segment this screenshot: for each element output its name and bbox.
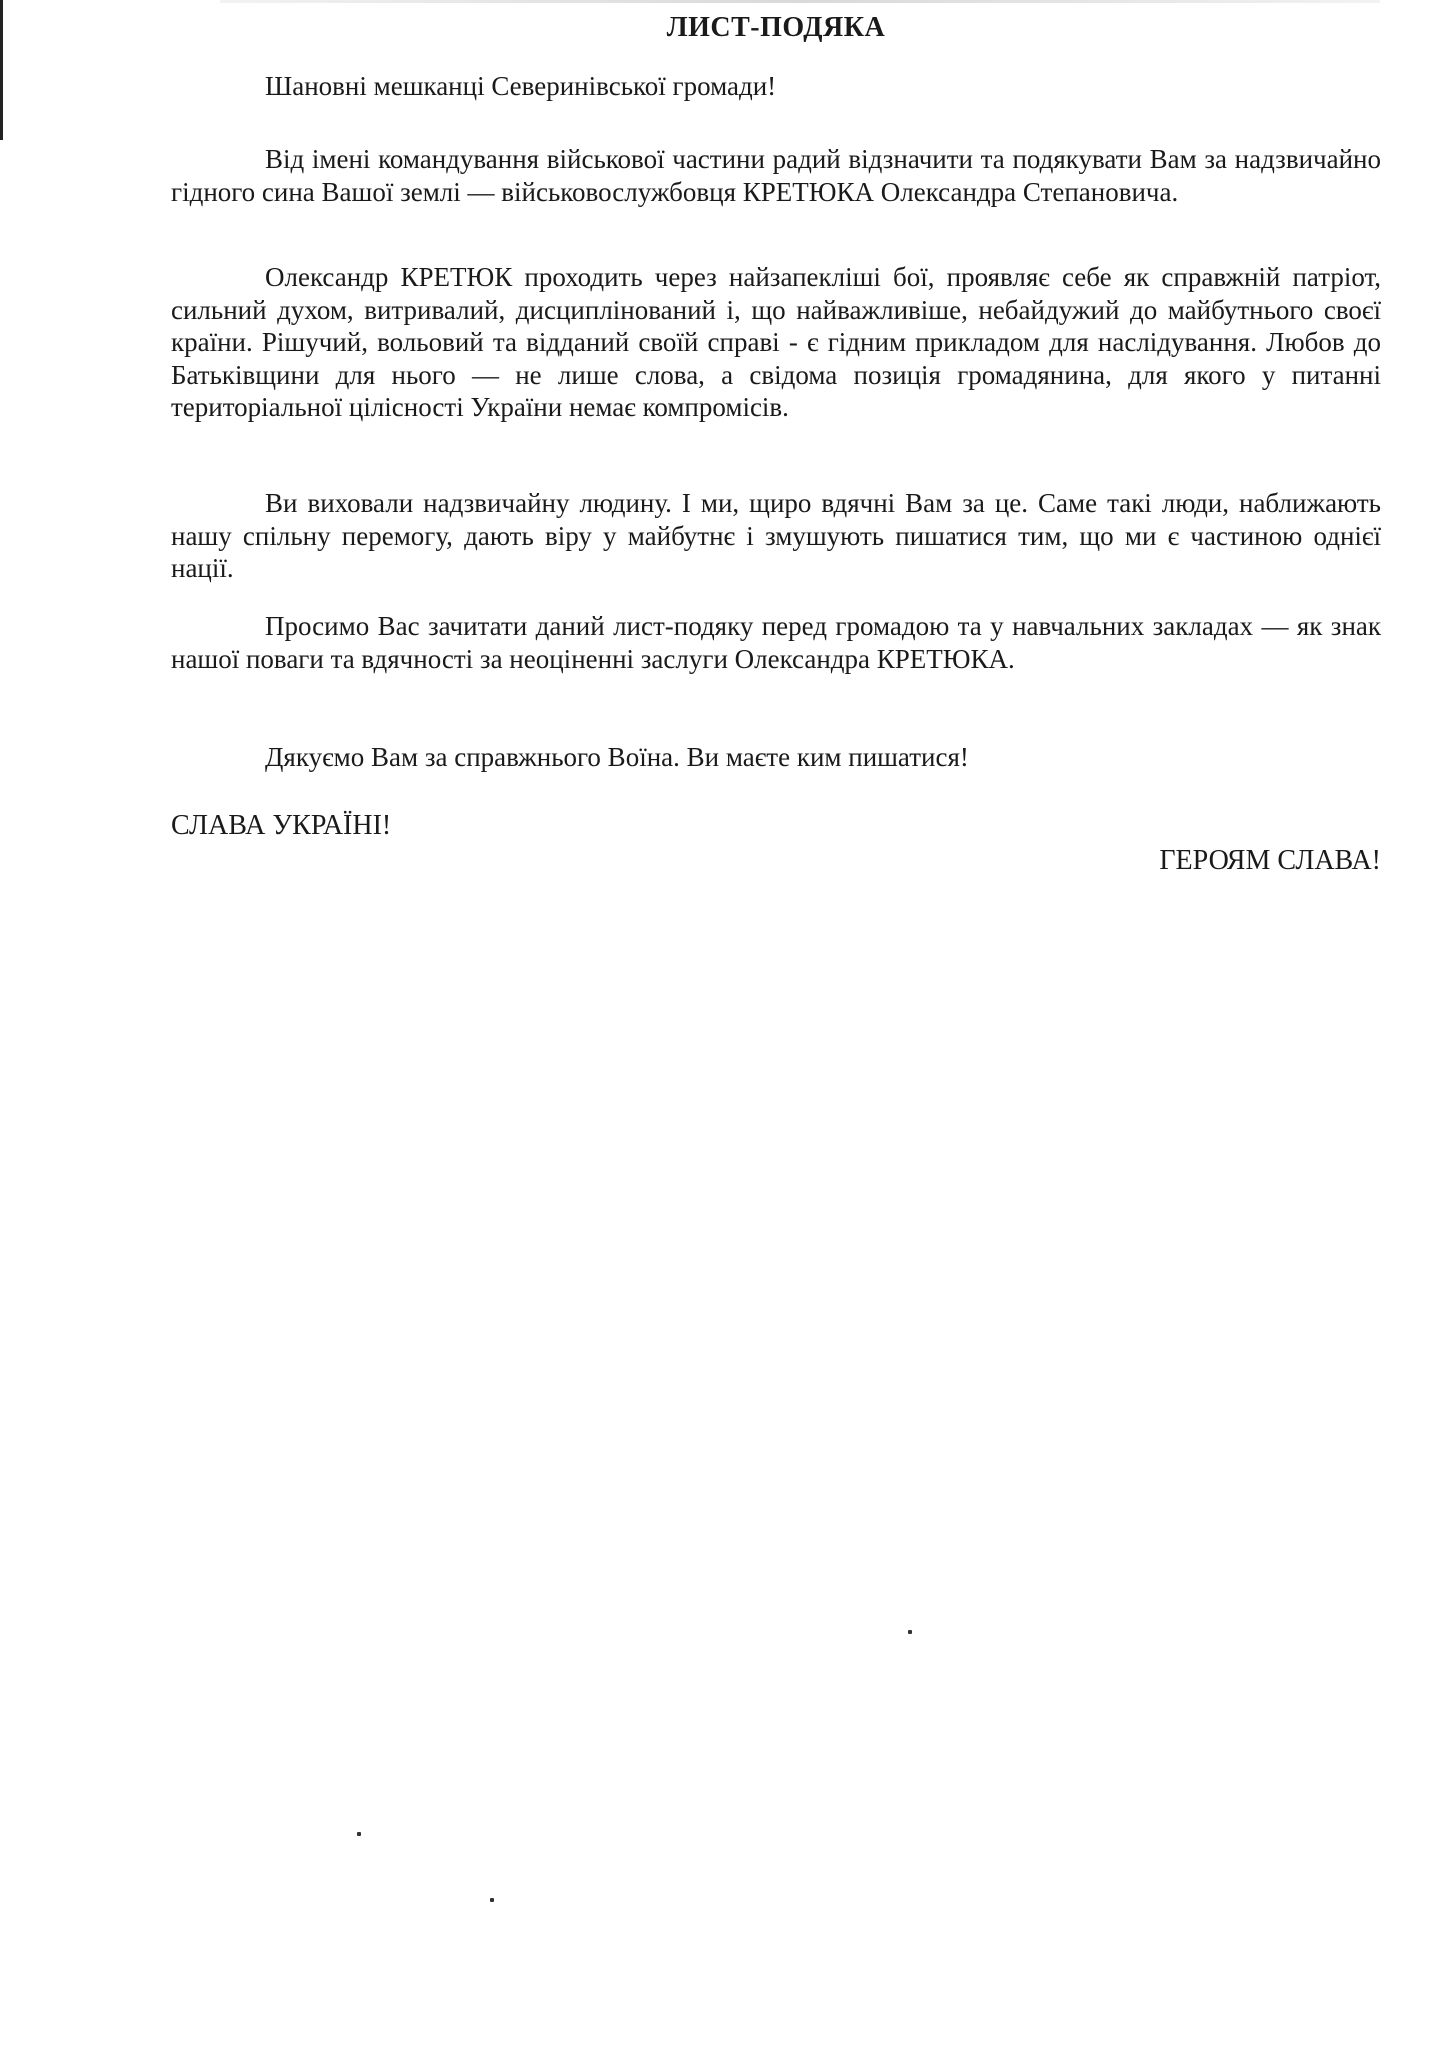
scan-edge-shadow [0,0,3,140]
paragraph-upbringing: Ви виховали надзвичайну людину. І ми, щи… [171,487,1381,585]
paragraph-gratitude: Від імені командування військової частин… [171,143,1381,208]
scan-speck [490,1898,494,1902]
scan-top-artifact [220,0,1380,3]
closing-slogan-right: ГЕРОЯМ СЛАВА! [1159,845,1381,878]
closing-slogan-left: СЛАВА УКРАЇНІ! [171,810,391,843]
paragraph-qualities: Олександр КРЕТЮК проходить через найзапе… [171,261,1381,424]
letter-title: ЛИСТ-ПОДЯКА [171,12,1381,45]
letter-greeting: Шановні мешканці Северинівської громади! [265,70,776,103]
scan-speck [908,1630,912,1634]
scan-speck [357,1832,361,1836]
paragraph-thanks: Дякуємо Вам за справжнього Воїна. Ви має… [171,741,1381,774]
paragraph-request: Просимо Вас зачитати даний лист-подяку п… [171,610,1381,675]
